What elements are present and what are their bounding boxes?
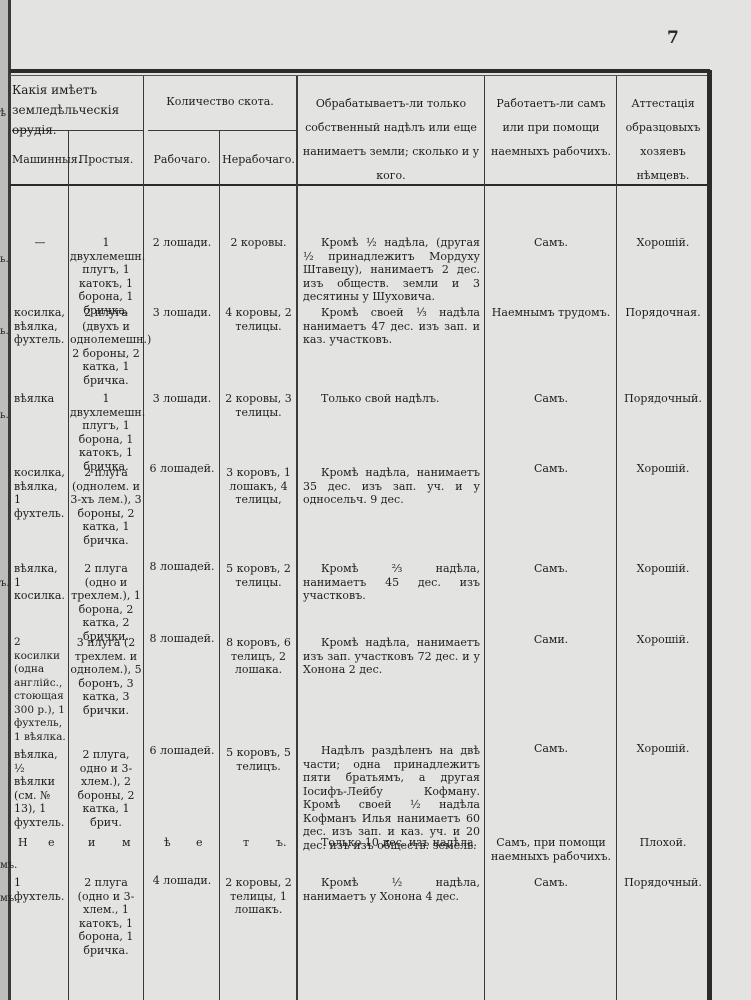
col-divider-working-nonworking [219, 131, 220, 1000]
cell-simple: 2 плуга (однолем. и 3-хъ лем.), 3 бороны… [70, 466, 142, 547]
cell-machine: вѣялка [14, 392, 68, 406]
cell-attestation: Хорошій. [620, 742, 706, 756]
col-divider-machine-simple [68, 131, 69, 1000]
cell-working: 2 лошади. [145, 236, 219, 250]
cell-machine: вѣялка, ½ вѣялки (см. № 13), 1 фухтель. [14, 748, 68, 829]
cell-nonworking: 2 коровы. [221, 236, 296, 250]
cell-labor: Самъ. [488, 876, 614, 890]
cell-nonworking: 4 коровы, 2 телицы. [221, 306, 296, 333]
cell-labor: Самъ. [488, 742, 614, 756]
cell-machine: вѣялка, 1 косилка. [14, 562, 68, 603]
header-nonworking: Нерабочаго. [221, 150, 296, 171]
cell-labor: Самъ. [488, 462, 614, 476]
table-top-rule [10, 69, 710, 73]
cell-working: 3 лошади. [145, 392, 219, 406]
none-letter: и [88, 836, 95, 849]
none-letter: м [122, 836, 131, 849]
cell-attestation: Порядочная. [620, 306, 706, 320]
cell-land: Кромѣ ⅔ надѣла, нанимаетъ 45 дес. изъ уч… [303, 562, 480, 603]
header-labor: Работаетъ-ли самъ или при помощи наемных… [488, 92, 614, 164]
none-letter: т [243, 836, 249, 849]
cell-attestation: Хорошій. [620, 562, 706, 576]
table-top-rule-thin [10, 75, 710, 76]
header-machine: Машинныя. [12, 150, 68, 171]
cell-nonworking: 5 коровъ, 5 телицъ. [221, 746, 296, 773]
cell-land: Кромѣ ½ надѣла, нанимаетъ у Хонона 4 дес… [303, 876, 480, 903]
cell-working: 8 лошадей. [145, 560, 219, 574]
cell-simple: 3 плуга (2 трехлем. и однолем.), 5 борон… [70, 636, 142, 717]
cell-working: 4 лошади. [145, 874, 219, 888]
none-letter: е [196, 836, 203, 849]
cell-simple: 2 плуга, одно и 3-хлем.), 2 бороны, 2 ка… [70, 748, 142, 829]
cell-nonworking: 3 коровъ, 1 лошакъ, 4 телицы, [221, 466, 296, 507]
margin-fragment: ь. [0, 326, 9, 337]
cell-nonworking: 2 коровы, 3 телицы. [221, 392, 296, 419]
cell-labor: Сами. [488, 633, 614, 647]
none-letter: Н [18, 836, 28, 849]
header-implements: Какія имѣетъ земледѣльческія орудія. [12, 80, 142, 140]
margin-fragment: ь. [0, 254, 9, 265]
none-letter: ѣ [164, 836, 171, 849]
cell-simple: 1 двухлемешн. плугъ, 1 борона, 1 катокъ,… [70, 392, 142, 473]
header-livestock: Количество скота. [145, 92, 295, 113]
col-divider-labor-attestation [616, 76, 617, 1000]
cell-machine: косилка, вѣялка, 1 фухтель. [14, 466, 68, 520]
cell-attestation: Хорошій. [620, 236, 706, 250]
cell-attestation: Хорошій. [620, 462, 706, 476]
cell-attestation: Плохой. [620, 836, 706, 850]
header-land-use: Обрабатываетъ-ли только собственный надѣ… [302, 92, 480, 188]
header-working: Рабочаго. [145, 150, 219, 171]
cell-working: 6 лошадей. [145, 462, 219, 476]
page-number: 7 [667, 28, 679, 48]
cell-labor: Самъ. [488, 562, 614, 576]
cell-attestation: Порядочный. [620, 876, 706, 890]
cell-simple: 2 плуга (одно и трехлем.), 1 борона, 2 к… [70, 562, 142, 643]
cell-land: Кромѣ своей ⅓ надѣла нанимаетъ 47 дес. и… [303, 306, 480, 347]
table-right-border [707, 70, 712, 1000]
livestock-subheader-rule [148, 130, 296, 131]
cell-working: 8 лошадей. [145, 632, 219, 646]
cell-land: Кромѣ ½ надѣла, (другая ½ принадлежитъ М… [303, 236, 480, 304]
cell-nonworking: 5 коровъ, 2 телицы. [221, 562, 296, 589]
cell-land: Только свой надѣлъ. [303, 392, 480, 406]
col-divider-livestock-land [296, 76, 298, 1000]
cell-land: Кромѣ надѣла, нанимаетъ 35 дес. изъ зап.… [303, 466, 480, 507]
margin-fragment: ѣ [0, 108, 6, 119]
margin-fragment: мъ. [0, 860, 17, 871]
cell-attestation: Хорошій. [620, 633, 706, 647]
header-attestation: Аттестація образцовыхъ хозяевъ нѣмцевъ. [620, 92, 706, 188]
cell-nonworking: 8 коровъ, 6 телицъ, 2 лошака. [221, 636, 296, 677]
cell-machine: — [12, 236, 68, 250]
cell-labor: Самъ. [488, 392, 614, 406]
cell-land: Кромѣ надѣла, нанимаетъ изъ зап. участко… [303, 636, 480, 677]
cell-machine: 2 косилки (одна англійс., стоющая 300 р.… [14, 636, 68, 744]
cell-simple: 2 плуга (двухъ и однолемешн.) 2 бороны, … [70, 306, 142, 387]
cell-machine: косилка, вѣялка, фухтель. [14, 306, 68, 347]
cell-simple: 1 двухлемешн. плугъ, 1 катокъ, 1 борона,… [70, 236, 142, 317]
binding-rule [8, 0, 11, 1000]
col-divider-land-labor [484, 76, 485, 1000]
cell-simple: 2 плуга (одно и 3-хлем., 1 катокъ, 1 бор… [70, 876, 142, 957]
none-letter: ъ. [276, 836, 287, 849]
cell-land: Только 10 дес. изъ надѣла. [303, 836, 480, 850]
cell-machine: 1 фухтель. [14, 876, 68, 903]
margin-fragment: ь. [0, 410, 9, 421]
cell-labor: Самъ, при помощи наемныхъ рабочихъ. [488, 836, 614, 863]
cell-working: 6 лошадей. [145, 744, 219, 758]
cell-attestation: Порядочный. [620, 392, 706, 406]
cell-nonworking: 2 коровы, 2 телицы, 1 лошакъ. [221, 876, 296, 917]
margin-fragment: ъ. [0, 578, 10, 589]
cell-labor: Самъ. [488, 236, 614, 250]
cell-working: 3 лошади. [145, 306, 219, 320]
none-letter: е [48, 836, 55, 849]
cell-labor: Наемнымъ трудомъ. [488, 306, 614, 320]
col-divider-implements-livestock [143, 76, 144, 1000]
header-simple: Простыя. [70, 150, 142, 171]
